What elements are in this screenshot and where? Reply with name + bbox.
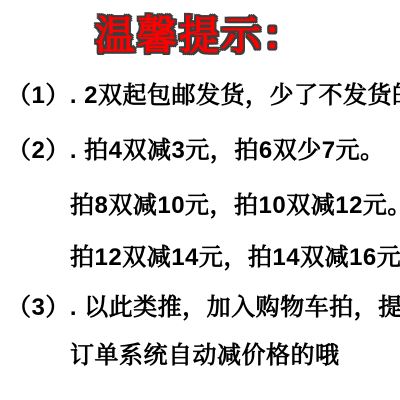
- notice-title: 温馨提示：: [0, 12, 400, 60]
- notice-line-discount-rule-1: （2）. 拍4双减3元，拍6双少7元。: [7, 137, 385, 165]
- notice-line-shipping-rule: （1）. 2双起包邮发货，少了不发货的哦。: [7, 82, 400, 110]
- notice-line-discount-rule-3: 拍12双减14元，拍14双减16元。: [70, 244, 400, 272]
- promo-notice: 温馨提示： （1）. 2双起包邮发货，少了不发货的哦。 （2）. 拍4双减3元，…: [0, 0, 400, 400]
- notice-line-cart-instruction: （3）. 以此类推，加入购物车拍，提交: [7, 294, 400, 322]
- notice-line-discount-rule-2: 拍8双减10元，拍10双减12元。: [70, 192, 400, 220]
- notice-line-auto-discount: 订单系统自动减价格的哦: [70, 342, 340, 370]
